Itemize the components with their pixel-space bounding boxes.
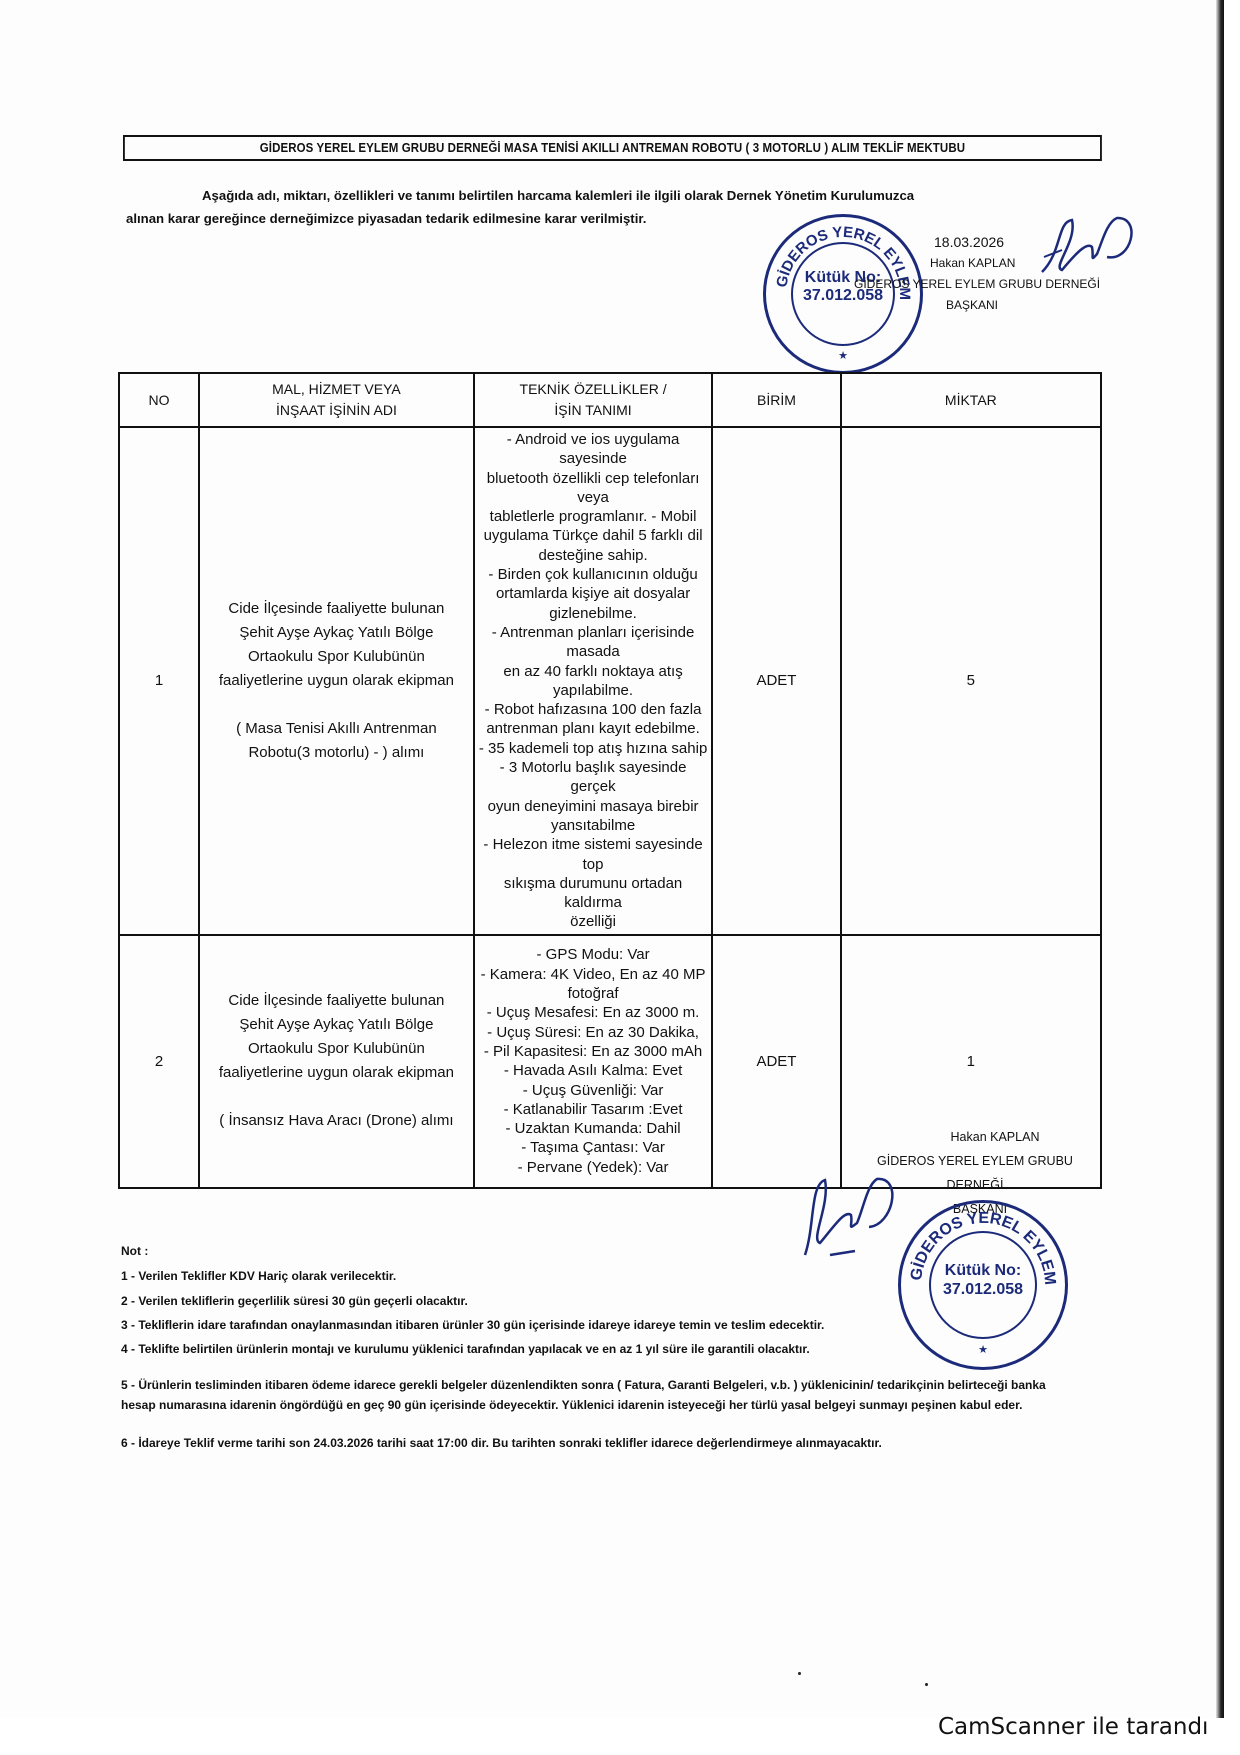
header-no: NO <box>119 373 199 427</box>
document-title-text: GİDEROS YEREL EYLEM GRUBU DERNEĞİ MASA T… <box>260 141 965 155</box>
spec-line: - Pil Kapasitesi: En az 3000 mAh <box>477 1042 709 1061</box>
item-name-line: Ortaokulu Spor Kulubünün <box>208 645 465 669</box>
spec-line: - Helezon itme sistemi sayesinde top <box>477 835 709 874</box>
page-edge-shadow <box>1216 0 1224 1718</box>
quantity-cell: 5 <box>841 427 1101 935</box>
row-number: 1 <box>119 427 199 935</box>
spec-line: ortamlarda kişiye ait dosyalar <box>477 584 709 603</box>
scan-speck <box>925 1683 928 1686</box>
notes-heading: Not : <box>121 1244 148 1258</box>
spec-line: desteğine sahip. <box>477 546 709 565</box>
spec-line: - Taşıma Çantası: Var <box>477 1138 709 1157</box>
note-item: 6 - İdareye Teklif verme tarihi son 24.0… <box>121 1436 882 1450</box>
row-number: 2 <box>119 935 199 1188</box>
spec-line: - Antrenman planları içerisinde masada <box>477 623 709 662</box>
item-name-line: Ortaokulu Spor Kulubünün <box>208 1037 465 1061</box>
spec-line: - Uçuş Mesafesi: En az 3000 m. <box>477 1003 709 1022</box>
spec-line: - Android ve ios uygulama sayesinde <box>477 430 709 469</box>
spec-line: - GPS Modu: Var <box>477 945 709 964</box>
unit-cell: ADET <box>712 935 840 1188</box>
camscanner-watermark: CamScanner ile tarandı <box>938 1714 1208 1740</box>
signatory-name: Hakan KAPLAN <box>900 1125 1090 1149</box>
spec-line: gizlenebilme. <box>477 604 709 623</box>
header-specs-line1: TEKNİK ÖZELLİKLER / <box>475 379 711 400</box>
star-icon: ★ <box>901 1343 1065 1356</box>
association-stamp-bottom: GİDEROS YEREL EYLEM GRUBU Kütük No: 37.0… <box>898 1200 1068 1370</box>
item-name-line: faaliyetlerine uygun olarak ekipman <box>208 669 465 693</box>
spec-line: tabletlerle programlanır. - Mobil <box>477 507 709 526</box>
item-name-line: Şehit Ayşe Aykaç Yatılı Bölge <box>208 1013 465 1037</box>
spec-line: - 35 kademeli top atış hızına sahip <box>477 739 709 758</box>
spec-line: - Pervane (Yedek): Var <box>477 1158 709 1177</box>
item-name-line: Robotu(3 motorlu) - ) alımı <box>208 741 465 765</box>
note-item: 1 - Verilen Teklifler KDV Hariç olarak v… <box>121 1269 396 1283</box>
note-item: hesap numarasına idarenin öngördüğü en g… <box>121 1398 1022 1412</box>
spec-line: özelliği <box>477 912 709 931</box>
note-item: 5 - Ürünlerin tesliminden itibaren ödeme… <box>121 1378 1046 1392</box>
spec-line: - Uçuş Süresi: En az 30 Dakika, <box>477 1023 709 1042</box>
spec-line: - 3 Motorlu başlık sayesinde gerçek <box>477 758 709 797</box>
header-item-name-line2: İNŞAAT İŞİNİN ADI <box>200 400 473 421</box>
item-name-line: faaliyetlerine uygun olarak ekipman <box>208 1061 465 1085</box>
star-icon: ★ <box>766 349 920 362</box>
document-title: GİDEROS YEREL EYLEM GRUBU DERNEĞİ MASA T… <box>123 135 1102 161</box>
stamp-label: Kütük No: <box>901 1261 1065 1280</box>
spec-line: - Uçuş Güvenliği: Var <box>477 1081 709 1100</box>
item-spec-cell: - Android ve ios uygulama sayesinde blue… <box>474 427 712 935</box>
item-name-line: Cide İlçesinde faaliyette bulunan <box>208 597 465 621</box>
spec-line: yansıtabilme <box>477 816 709 835</box>
item-spec-cell: - GPS Modu: Var - Kamera: 4K Video, En a… <box>474 935 712 1188</box>
spec-line: uygulama Türkçe dahil 5 farklı dil <box>477 526 709 545</box>
spec-line: - Kamera: 4K Video, En az 40 MP <box>477 965 709 984</box>
items-table: NO MAL, HİZMET VEYA İNŞAAT İŞİNİN ADI TE… <box>118 372 1102 1189</box>
signatory-role: BAŞKANI <box>946 295 1100 316</box>
item-name-line: ( Masa Tenisi Akıllı Antrenman <box>208 717 465 741</box>
spec-line: oyun deneyimini masaya birebir <box>477 797 709 816</box>
unit-cell: ADET <box>712 427 840 935</box>
spec-line: - Uzaktan Kumanda: Dahil <box>477 1119 709 1138</box>
spec-line: sıkışma durumunu ortadan kaldırma <box>477 874 709 913</box>
intro-line-2: alınan karar gereğince derneğimizce piya… <box>126 211 646 226</box>
spacer <box>208 1085 465 1109</box>
spec-line: - Katlanabilir Tasarım :Evet <box>477 1100 709 1119</box>
spec-line: - Robot hafızasına 100 den fazla <box>477 700 709 719</box>
item-name-line: Cide İlçesinde faaliyette bulunan <box>208 989 465 1013</box>
item-name-cell: Cide İlçesinde faaliyette bulunan Şehit … <box>199 427 474 935</box>
item-name-cell: Cide İlçesinde faaliyette bulunan Şehit … <box>199 935 474 1188</box>
header-item-name-line1: MAL, HİZMET VEYA <box>200 379 473 400</box>
item-name-line: ( İnsansız Hava Aracı (Drone) alımı <box>208 1109 465 1133</box>
spec-line: antrenman planı kayıt edebilme. <box>477 719 709 738</box>
spacer <box>208 693 465 717</box>
spec-line: fotoğraf <box>477 984 709 1003</box>
note-item: 2 - Verilen tekliflerin geçerlilik süres… <box>121 1294 468 1308</box>
note-item: 3 - Tekliflerin idare tarafından onaylan… <box>121 1318 824 1332</box>
handwritten-signature-icon <box>1032 212 1142 282</box>
stamp-number: 37.012.058 <box>901 1280 1065 1299</box>
item-name-line: Şehit Ayşe Aykaç Yatılı Bölge <box>208 621 465 645</box>
spec-line: bluetooth özellikli cep telefonları veya <box>477 469 709 508</box>
header-quantity: MİKTAR <box>841 373 1101 427</box>
note-item: 4 - Teklifte belirtilen ürünlerin montaj… <box>121 1342 810 1356</box>
spec-line: - Havada Asılı Kalma: Evet <box>477 1061 709 1080</box>
handwritten-signature-icon <box>785 1165 905 1260</box>
table-header-row: NO MAL, HİZMET VEYA İNŞAAT İŞİNİN ADI TE… <box>119 373 1101 427</box>
intro-line-1: Aşağıda adı, miktarı, özellikleri ve tan… <box>126 184 1026 207</box>
header-specs: TEKNİK ÖZELLİKLER / İŞİN TANIMI <box>474 373 712 427</box>
spec-line: en az 40 farklı noktaya atış yapılabilme… <box>477 662 709 701</box>
header-unit: BİRİM <box>712 373 840 427</box>
scanned-page: GİDEROS YEREL EYLEM GRUBU DERNEĞİ MASA T… <box>0 0 1224 1718</box>
spec-line: - Birden çok kullanıcının olduğu <box>477 565 709 584</box>
table-row: 1 Cide İlçesinde faaliyette bulunan Şehi… <box>119 427 1101 935</box>
header-specs-line2: İŞİN TANIMI <box>475 400 711 421</box>
header-item-name: MAL, HİZMET VEYA İNŞAAT İŞİNİN ADI <box>199 373 474 427</box>
scan-speck <box>798 1672 801 1675</box>
